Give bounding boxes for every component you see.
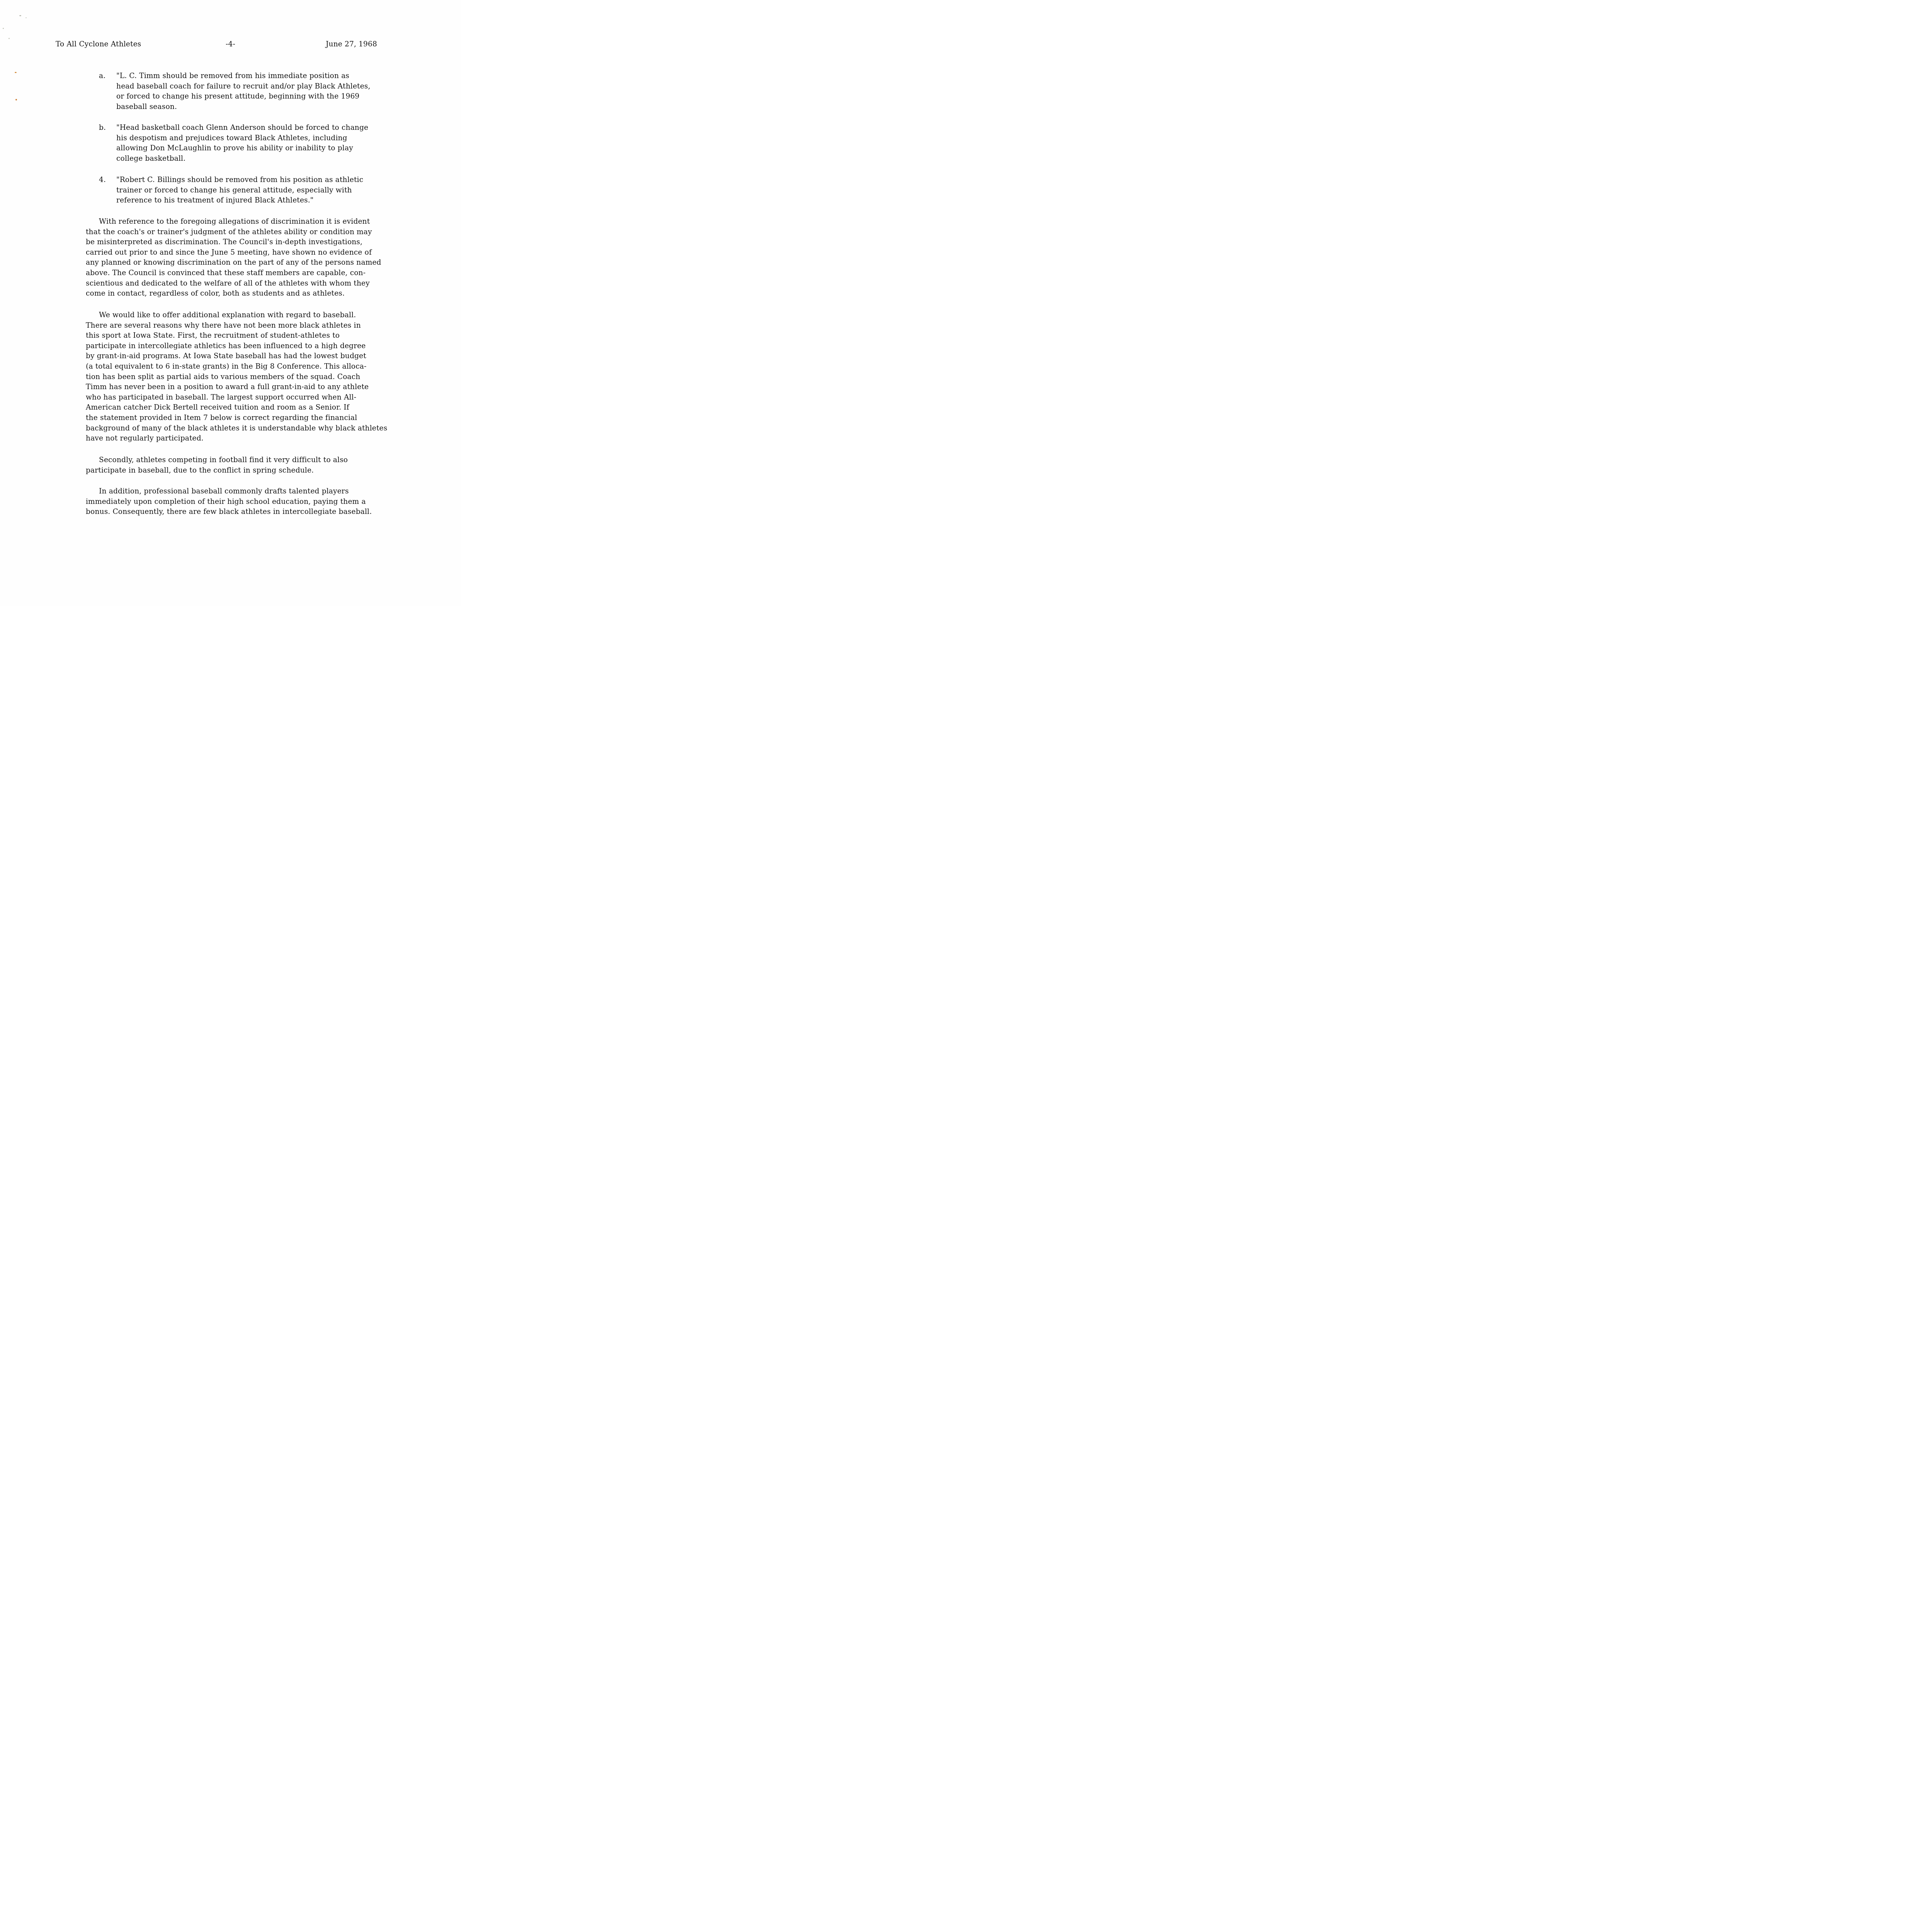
paragraph-baseball-explanation: We would like to offer additional explan… — [86, 310, 387, 444]
text-line: be misinterpreted as discrimination. The… — [86, 237, 381, 248]
text-line: college basketball. — [116, 154, 368, 164]
text-line: reference to his treatment of injured Bl… — [116, 196, 363, 206]
text-line: American catcher Dick Bertell received t… — [86, 403, 387, 413]
text-line: the statement provided in Item 7 below i… — [86, 413, 387, 423]
paragraph-professional-drafts: In addition, professional baseball commo… — [86, 486, 372, 517]
text-line: have not regularly participated. — [86, 434, 387, 444]
text-line: immediately upon completion of their hig… — [86, 497, 372, 507]
list-item-text: "Head basketball coach Glenn Anderson sh… — [116, 123, 368, 164]
text-line: head baseball coach for failure to recru… — [116, 82, 371, 92]
paragraph-discrimination-findings: With reference to the foregoing allegati… — [86, 217, 381, 299]
text-line: (a total equivalent to 6 in-state grants… — [86, 362, 387, 372]
text-line: or forced to change his present attitude… — [116, 92, 371, 102]
scan-speck — [15, 99, 17, 100]
text-line: "L. C. Timm should be removed from his i… — [116, 71, 371, 82]
text-line: above. The Council is convinced that the… — [86, 268, 381, 279]
page-number: -4- — [226, 40, 235, 48]
text-line: "Robert C. Billings should be removed fr… — [116, 175, 363, 185]
text-line: by grant-in-aid programs. At Iowa State … — [86, 351, 387, 362]
text-line: There are several reasons why there have… — [86, 321, 387, 331]
letter-header: To All Cyclone Athletes -4- June 27, 196… — [56, 40, 377, 50]
header-date: June 27, 1968 — [326, 40, 377, 48]
text-line: trainer or forced to change his general … — [116, 185, 363, 196]
text-line: With reference to the foregoing allegati… — [86, 217, 381, 227]
header-recipient: To All Cyclone Athletes — [56, 40, 141, 48]
text-line: participate in baseball, due to the conf… — [86, 466, 348, 476]
text-line: scientious and dedicated to the welfare … — [86, 279, 381, 289]
text-line: this sport at Iowa State. First, the rec… — [86, 331, 387, 341]
scan-speck — [19, 15, 21, 16]
text-line: "Head basketball coach Glenn Anderson sh… — [116, 123, 368, 133]
text-line: baseball season. — [116, 102, 371, 112]
text-line: that the coach's or trainer's judgment o… — [86, 227, 381, 238]
text-line: background of many of the black athletes… — [86, 423, 387, 434]
text-line: Secondly, athletes competing in football… — [86, 455, 348, 466]
scanned-letter-page: To All Cyclone Athletes -4- June 27, 196… — [0, 0, 461, 606]
text-line: allowing Don McLaughlin to prove his abi… — [116, 143, 368, 154]
text-line: Timm has never been in a position to awa… — [86, 382, 387, 393]
paragraph-football-conflict: Secondly, athletes competing in football… — [86, 455, 348, 476]
list-marker: a. — [99, 71, 105, 82]
text-line: any planned or knowing discrimination on… — [86, 258, 381, 268]
list-marker: b. — [99, 123, 106, 133]
text-line: We would like to offer additional explan… — [86, 310, 387, 321]
scan-speck — [26, 17, 27, 18]
text-line: participate in intercollegiate athletics… — [86, 341, 387, 352]
scan-speck — [15, 72, 17, 73]
text-line: his despotism and prejudices toward Blac… — [116, 133, 368, 144]
text-line: come in contact, regardless of color, bo… — [86, 289, 381, 299]
text-line: tion has been split as partial aids to v… — [86, 372, 387, 383]
text-line: who has participated in baseball. The la… — [86, 393, 387, 403]
scan-speck — [3, 28, 4, 29]
list-item-text: "Robert C. Billings should be removed fr… — [116, 175, 363, 206]
list-marker: 4. — [99, 175, 106, 185]
list-item-text: "L. C. Timm should be removed from his i… — [116, 71, 371, 112]
text-line: carried out prior to and since the June … — [86, 248, 381, 258]
text-line: In addition, professional baseball commo… — [86, 486, 372, 497]
scan-speck — [9, 38, 10, 39]
text-line: bonus. Consequently, there are few black… — [86, 507, 372, 517]
